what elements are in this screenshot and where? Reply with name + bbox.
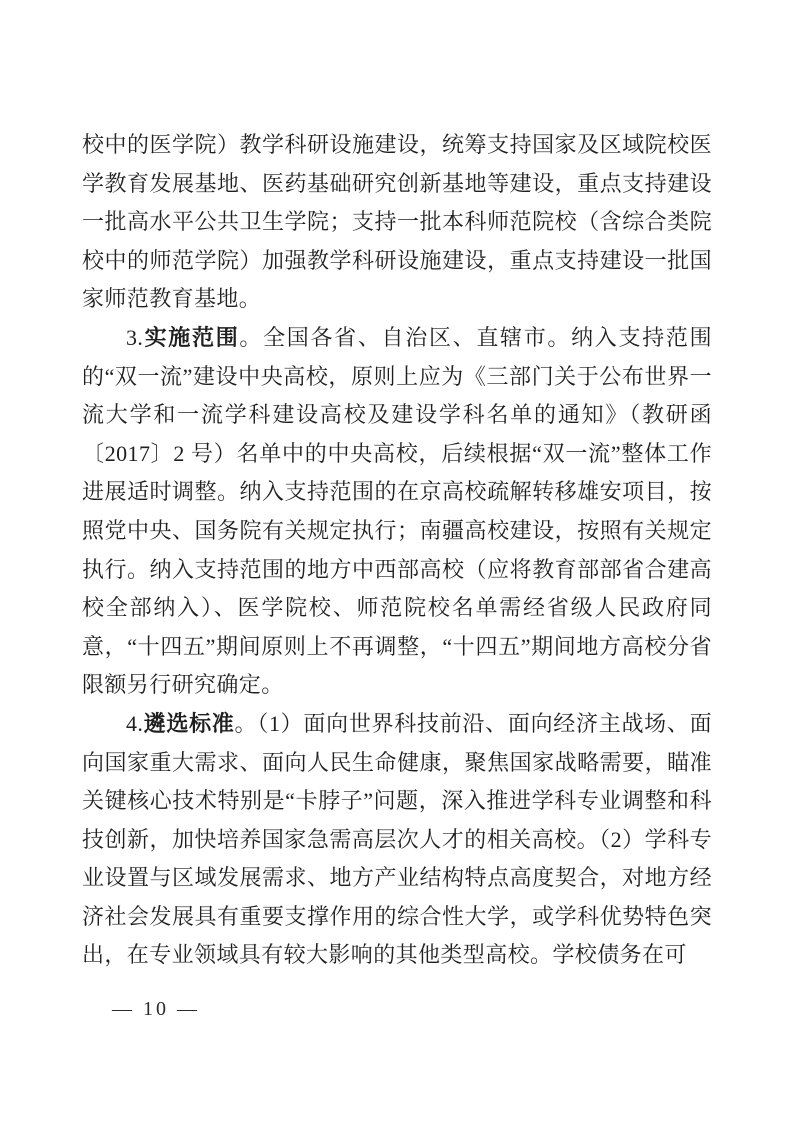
paragraph-heading-term: 实施范围	[143, 325, 239, 350]
paragraph-continuation: 校中的医学院）教学科研设施建设，统筹支持国家及区域院校医学教育发展基地、医药基础…	[82, 126, 712, 319]
document-body: 校中的医学院）教学科研设施建设，统筹支持国家及区域院校医学教育发展基地、医药基础…	[82, 126, 712, 975]
paragraph-text: 。（1）面向世界科技前沿、面向经济主战场、面向国家重大需求、面向人民生命健康，聚…	[82, 711, 712, 968]
paragraph-implementation-scope: 3.实施范围。全国各省、自治区、直辖市。纳入支持范围的“双一流”建设中央高校，原…	[82, 319, 712, 705]
document-page: 校中的医学院）教学科研设施建设，统筹支持国家及区域院校医学教育发展基地、医药基础…	[0, 0, 793, 1122]
list-number: 4.	[126, 711, 143, 736]
paragraph-heading-term: 遴选标准	[143, 711, 234, 736]
list-number: 3.	[126, 325, 143, 350]
page-number: — 10 —	[112, 998, 200, 1021]
paragraph-selection-criteria: 4.遴选标准。（1）面向世界科技前沿、面向经济主战场、面向国家重大需求、面向人民…	[82, 705, 712, 975]
paragraph-text: 。全国各省、自治区、直辖市。纳入支持范围的“双一流”建设中央高校，原则上应为《三…	[82, 325, 712, 697]
paragraph-text: 校中的医学院）教学科研设施建设，统筹支持国家及区域院校医学教育发展基地、医药基础…	[82, 132, 712, 311]
